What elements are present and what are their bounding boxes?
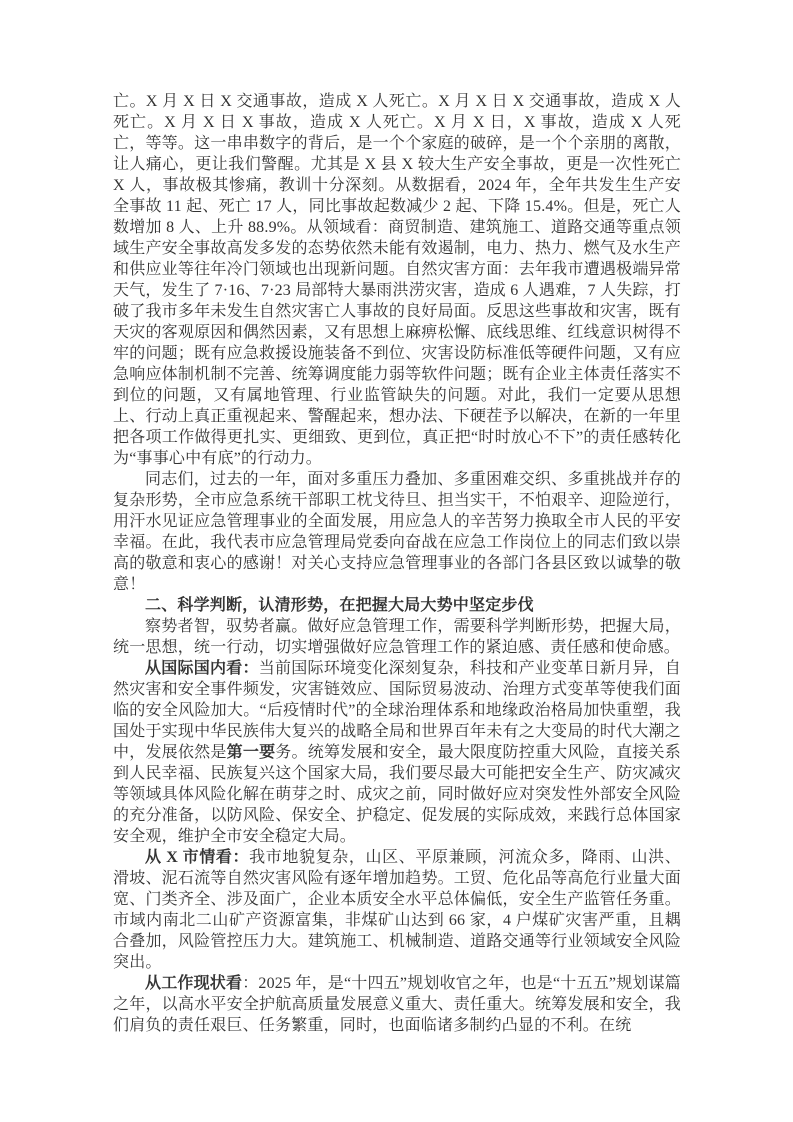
page: { "page": { "width_px": 793, "height_px"… [0, 0, 793, 1122]
paragraph-international-domestic: 从国际国内看：当前国际环境变化深刻复杂，科技和产业变革日新月异，自然灾害和安全事… [113, 658, 681, 847]
text-run: 亡。X 月 X 日 X 交通事故，造成 X 人死亡。X 月 X 日 X 交通事故… [113, 93, 681, 467]
bold-text-run: 二、科学判断，认清形势，在把握大局大势中坚定步伐 [145, 597, 534, 614]
heading-section-two: 二、科学判断，认清形势，在把握大局大势中坚定步伐 [113, 595, 681, 616]
bold-text-run: 从工作现状看 [145, 975, 242, 992]
bold-text-run: 从国际国内看： [145, 660, 259, 677]
text-run: 同志们，过去的一年，面对多重压力叠加、多重困难交织、多重挑战并存的复杂形势，全市… [113, 471, 681, 593]
paragraph-city-situation: 从 X 市情看：我市地貌复杂，山区、平原兼顾，河流众多，降雨、山洪、滑坡、泥石流… [113, 847, 681, 973]
text-run: 察势者智，驭势者赢。做好应急管理工作，需要科学判断形势，把握大局，统一思想，统一… [113, 618, 681, 656]
text-run: 我市地貌复杂，山区、平原兼顾，河流众多，降雨、山洪、滑坡、泥石流等自然灾害风险有… [113, 849, 681, 971]
document-body: 亡。X 月 X 日 X 交通事故，造成 X 人死亡。X 月 X 日 X 交通事故… [113, 91, 681, 1036]
paragraph-work-status: 从工作现状看：2025 年，是“十四五”规划收官之年，也是“十五五”规划谋篇之年… [113, 973, 681, 1036]
document-page: 亡。X 月 X 日 X 交通事故，造成 X 人死亡。X 月 X 日 X 交通事故… [0, 0, 793, 1122]
paragraph-thanks: 同志们，过去的一年，面对多重压力叠加、多重困难交织、多重挑战并存的复杂形势，全市… [113, 469, 681, 595]
paragraph-accident-review: 亡。X 月 X 日 X 交通事故，造成 X 人死亡。X 月 X 日 X 交通事故… [113, 91, 681, 469]
bold-text-run: 第一要 [227, 744, 276, 761]
bold-text-run: 从 X 市情看： [145, 849, 249, 866]
paragraph-situation-intro: 察势者智，驭势者赢。做好应急管理工作，需要科学判断形势，把握大局，统一思想，统一… [113, 616, 681, 658]
